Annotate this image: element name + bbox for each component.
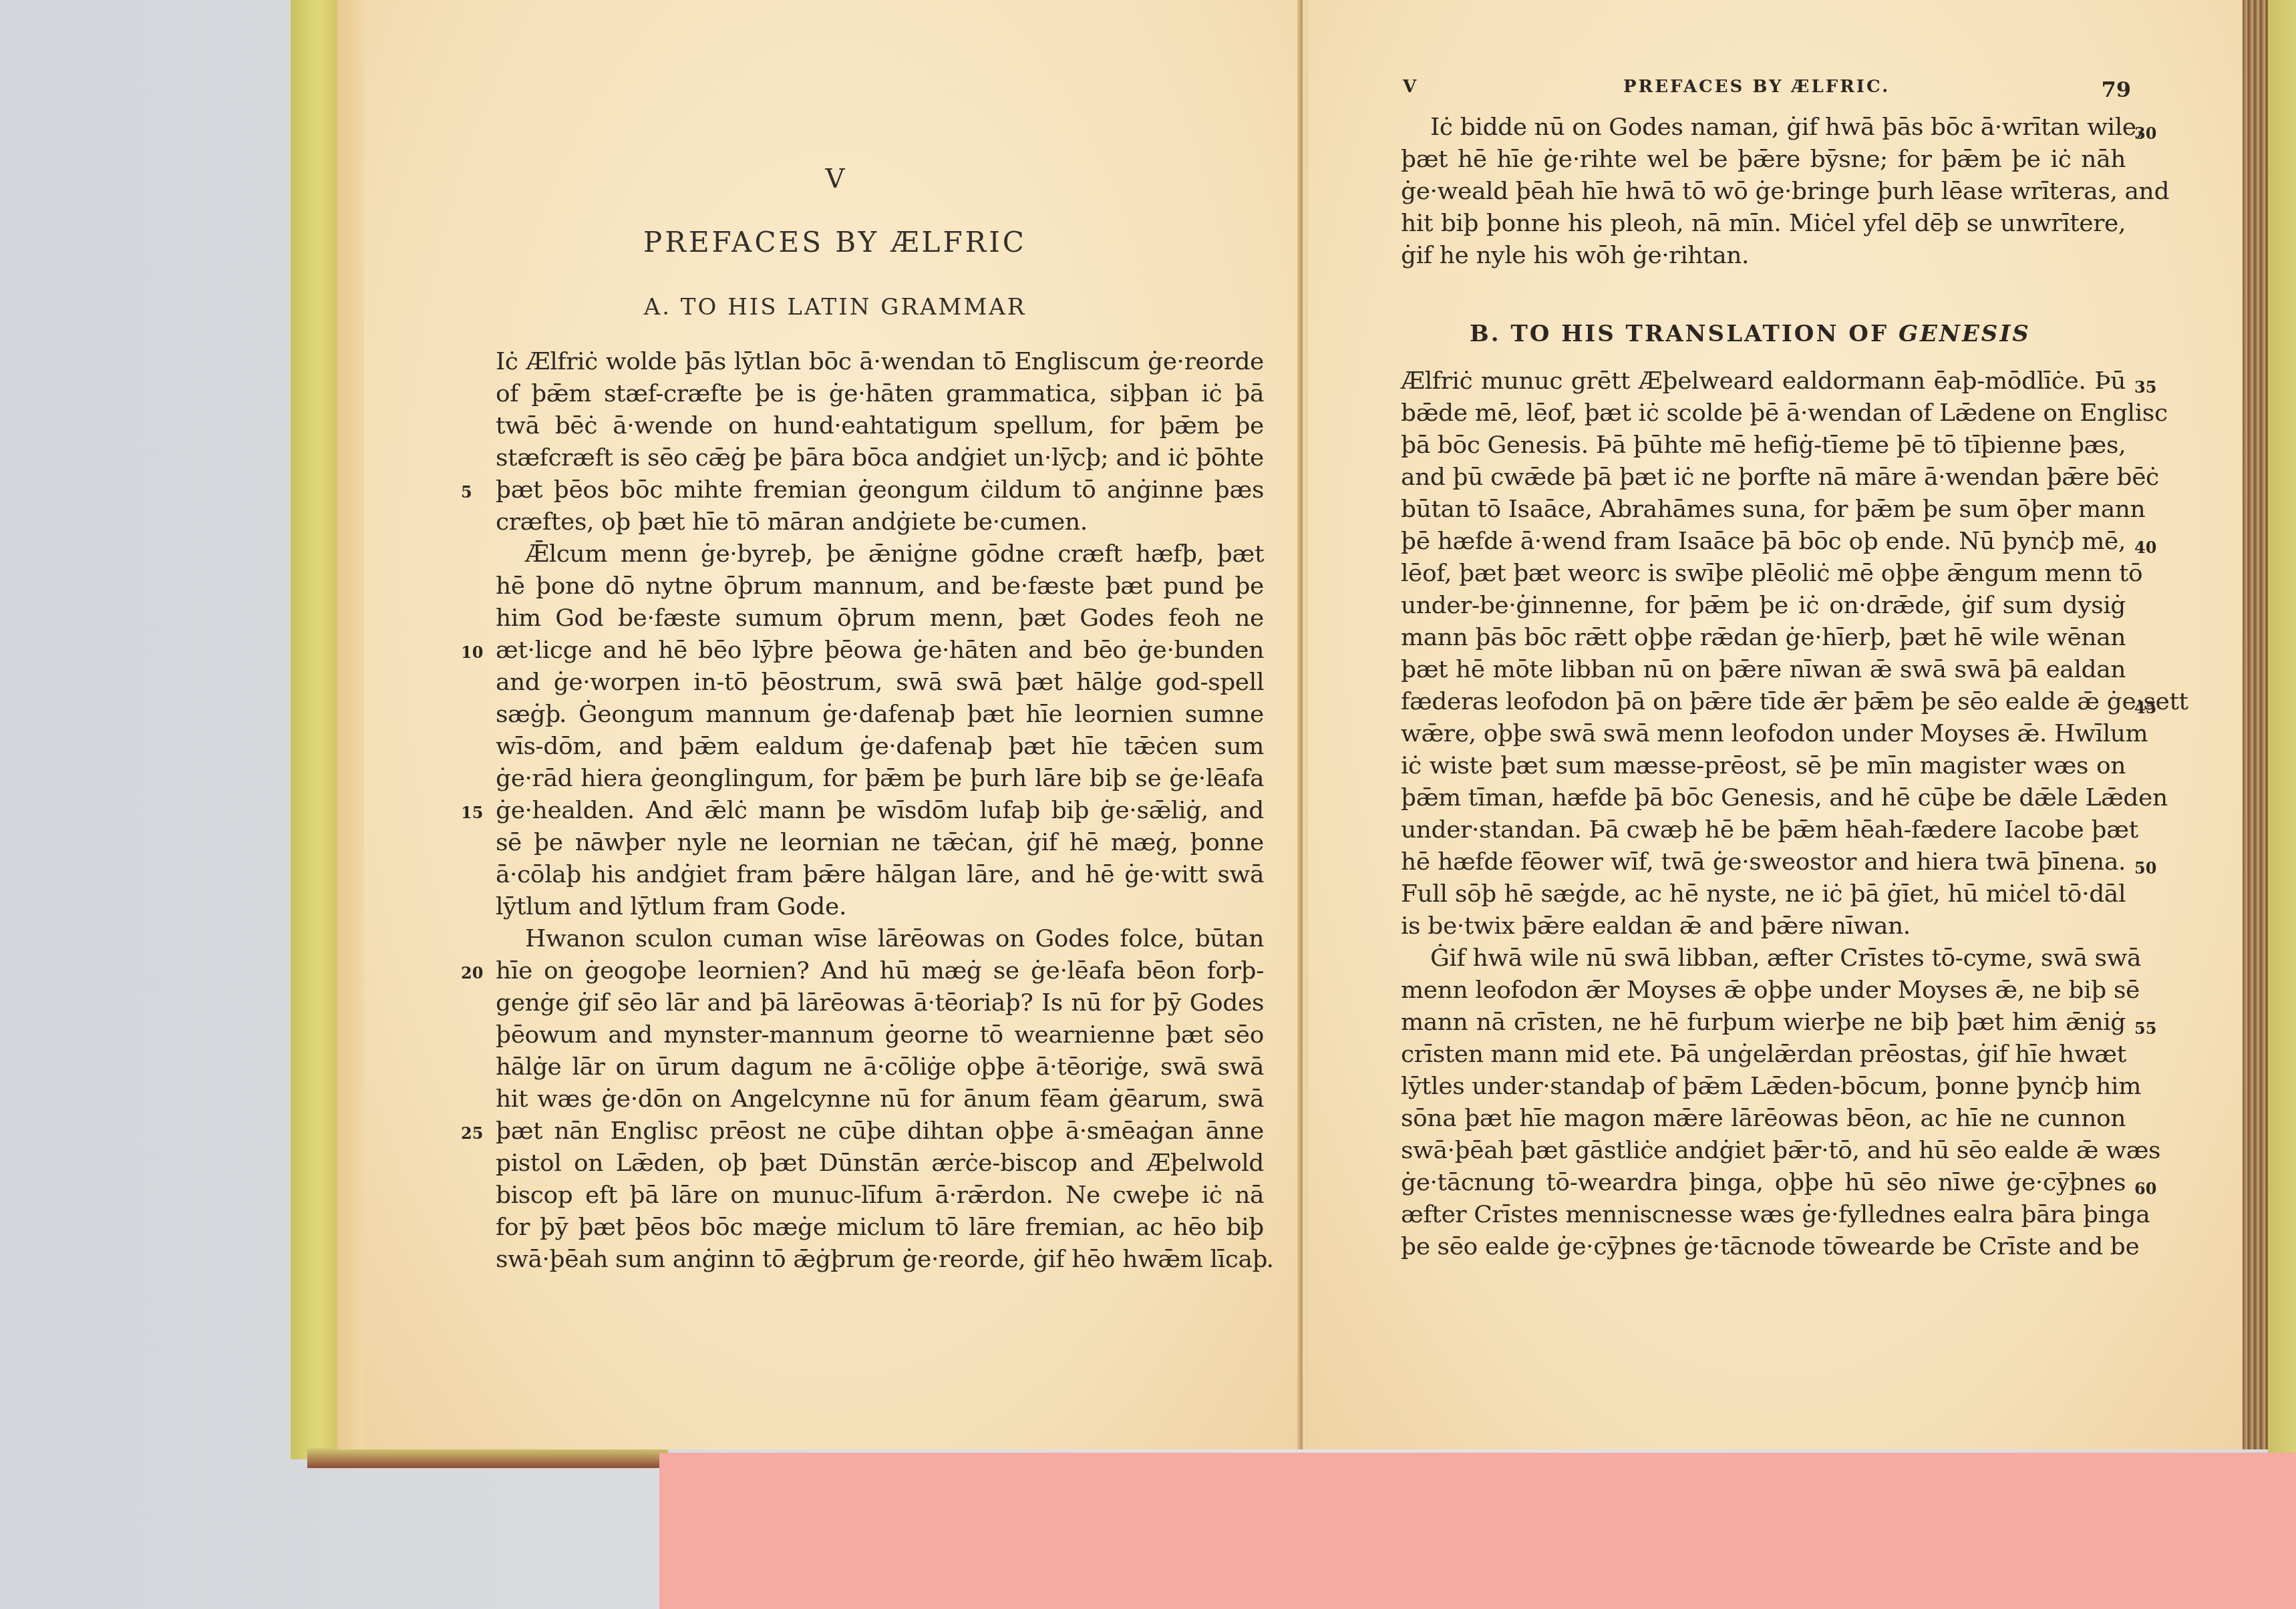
- left-page-body: Iċ Ælfriċ wolde þās lȳtlan bōc ā·wendan …: [496, 346, 1264, 1276]
- chapter-title: PREFACES BY ÆLFRIC: [601, 226, 1069, 258]
- text-line: þæt hē mōte libban nū on þǣre nīwan ǣ sw…: [1401, 654, 2126, 686]
- line-number: 35: [2134, 377, 2156, 397]
- text-line: þēowum and mynster-mannum ġeorne tō wear…: [496, 1019, 1264, 1051]
- text-line: hē hæfde fēower wīf, twā ġe·sweostor and…: [1401, 846, 2126, 878]
- text-line: of þǣm stæf-cræfte þe is ġe·hāten gramma…: [496, 378, 1264, 410]
- text-line: swā·þēah sum anġinn tō ǣġþrum ġe·reorde,…: [496, 1244, 1264, 1276]
- text-line: fæderas leofodon þā on þǣre tīde ǣr þǣm …: [1401, 686, 2126, 718]
- line-number: 45: [2134, 698, 2156, 717]
- line-number: 20: [461, 963, 483, 982]
- running-head-chapter: V: [1403, 77, 1416, 97]
- text-line: sōna þæt hīe magon mǣre lārēowas bēon, a…: [1401, 1103, 2126, 1135]
- text-line: Ælfriċ munuc grētt Æþelweard ealdormann …: [1401, 365, 2126, 397]
- text-line: Hwanon sculon cuman wīse lārēowas on God…: [496, 923, 1264, 955]
- page-number: 79: [2101, 77, 2131, 102]
- section-title-b: B. TO HIS TRANSLATION OF GENESIS: [1470, 321, 2071, 347]
- text-line: genġe ġif sēo lār and þā lārēowas ā·tēor…: [496, 987, 1264, 1019]
- section-title-a: A. TO HIS LATIN GRAMMAR: [534, 294, 1136, 321]
- text-line: mann þās bōc rǣtt oþþe rǣdan ġe·hīerþ, þ…: [1401, 622, 2126, 654]
- line-number: 25: [461, 1123, 483, 1143]
- page-stack-right: [2243, 0, 2268, 1449]
- text-line: him God be·fæste sumum ōþrum menn, þæt G…: [496, 602, 1264, 635]
- chapter-number: V: [768, 164, 902, 194]
- text-line: æfter Crīstes menniscnesse wæs ġe·fylled…: [1401, 1199, 2126, 1231]
- text-line: ġe·healden. And ǣlċ mann þe wīsdōm lufaþ…: [496, 795, 1264, 827]
- text-line: is be·twix þǣre ealdan ǣ and þǣre nīwan.: [1401, 910, 2126, 942]
- text-line: Full sōþ hē sæġde, ac hē nyste, ne iċ þā…: [1401, 878, 2126, 910]
- text-line: pistol on Lǣden, oþ þæt Dūnstān ærċe-bis…: [496, 1147, 1264, 1180]
- text-line: þǣm tīman, hæfde þā bōc Genesis, and hē …: [1401, 782, 2126, 814]
- text-line: for þȳ þæt þēos bōc mæġe miclum tō lāre …: [496, 1212, 1264, 1244]
- page-stack-left: [337, 0, 364, 1449]
- text-line: lȳtles under·standaþ of þǣm Lǣden-bōcum,…: [1401, 1071, 2126, 1103]
- text-line: crīsten mann mid ete. Þā unġelǣrdan prēo…: [1401, 1039, 2126, 1071]
- right-page-body-top: Iċ bidde nū on Godes naman, ġif hwā þās …: [1401, 112, 2126, 272]
- text-line: būtan tō Isaāce, Abrahāmes suna, for þǣm…: [1401, 494, 2126, 526]
- text-line: swā·þēah þæt gāstliċe andġiet þǣr·tō, an…: [1401, 1135, 2126, 1167]
- running-head: V PREFACES BY ÆLFRIC. 79: [1403, 77, 2131, 104]
- book-cover-bottom-edge: [307, 1448, 668, 1468]
- text-line: hit biþ þonne his pleoh, nā mīn. Miċel y…: [1401, 208, 2126, 240]
- line-number: 60: [2134, 1179, 2156, 1198]
- book-cover-left-edge: [291, 0, 337, 1459]
- text-line: þē hæfde ā·wend fram Isaāce þā bōc oþ en…: [1401, 526, 2126, 558]
- text-line: under·standan. Þā cwæþ hē be þǣm hēah-fæ…: [1401, 814, 2126, 846]
- text-line: under-be·ġinnenne, for þǣm þe iċ on·drǣd…: [1401, 590, 2126, 622]
- text-line: iċ wiste þæt sum mæsse-prēost, sē þe mīn…: [1401, 750, 2126, 782]
- text-line: wǣre, oþþe swā swā menn leofodon under M…: [1401, 718, 2126, 750]
- text-line: cræftes, oþ þæt hīe tō māran andġiete be…: [496, 506, 1264, 538]
- text-line: lēof, þæt þæt weorc is swīþe plēoliċ mē …: [1401, 558, 2126, 590]
- line-number: 5: [461, 482, 472, 502]
- text-line: hit wæs ġe·dōn on Angelcynne nū for ānum…: [496, 1083, 1264, 1115]
- text-line: ġe·rād hiera ġeonglingum, for þǣm þe þur…: [496, 763, 1264, 795]
- right-page-body-bottom: Ælfriċ munuc grētt Æþelweard ealdormann …: [1401, 365, 2126, 1263]
- text-line: hālġe lār on ūrum dagum ne ā·cōliġe oþþe…: [496, 1051, 1264, 1083]
- text-line: stæfcræft is sēo cǣġ þe þāra bōca andġie…: [496, 442, 1264, 474]
- text-line: wīs-dōm, and þǣm ealdum ġe·dafenaþ þæt h…: [496, 731, 1264, 763]
- text-line: Iċ Ælfriċ wolde þās lȳtlan bōc ā·wendan …: [496, 346, 1264, 378]
- text-line: biscop eft þā lāre on munuc-līfum ā·rǣrd…: [496, 1180, 1264, 1212]
- text-line: menn leofodon ǣr Moyses ǣ oþþe under Moy…: [1401, 974, 2126, 1007]
- line-number: 10: [461, 643, 483, 662]
- text-line: Ġif hwā wile nū swā libban, æfter Crīste…: [1401, 942, 2126, 974]
- line-number: 15: [461, 803, 483, 822]
- text-line: þæt nān Englisc prēost ne cūþe dihtan oþ…: [496, 1115, 1264, 1147]
- line-number: 40: [2134, 538, 2156, 557]
- text-line: mann nā crīsten, ne hē furþum wierþe ne …: [1401, 1007, 2126, 1039]
- text-line: ġe·weald þēah hīe hwā tō wō ġe·bringe þu…: [1401, 176, 2126, 208]
- text-line: þe sēo ealde ġe·cȳþnes ġe·tācnode tōwear…: [1401, 1231, 2126, 1263]
- text-line: and þū cwǣde þā þæt iċ ne þorfte nā māre…: [1401, 462, 2126, 494]
- text-line: twā bēċ ā·wende on hund·eahtatigum spell…: [496, 410, 1264, 442]
- line-number: 50: [2134, 858, 2156, 878]
- section-title-b-italic: GENESIS: [1899, 321, 2031, 347]
- text-line: æt·licge and hē bēo lȳþre þēowa ġe·hāten…: [496, 635, 1264, 667]
- book-gutter: [1297, 0, 1308, 1449]
- text-line: þæt hē hīe ġe·rihte wel be þǣre bȳsne; f…: [1401, 144, 2126, 176]
- text-line: sæġþ. Ġeongum mannum ġe·dafenaþ þæt hīe …: [496, 699, 1264, 731]
- text-line: þæt þēos bōc mihte fremian ġeongum ċildu…: [496, 474, 1264, 506]
- section-title-b-text: B. TO HIS TRANSLATION OF: [1470, 321, 1899, 347]
- text-line: and ġe·worpen in-tō þēostrum, swā swā þæ…: [496, 667, 1264, 699]
- book-cover-right-edge: [2268, 0, 2296, 1453]
- text-line: Ǣlcum menn ġe·byreþ, þe ǣniġne gōdne cræ…: [496, 538, 1264, 570]
- text-line: bǣde mē, lēof, þæt iċ scolde þē ā·wendan…: [1401, 397, 2126, 429]
- text-line: lȳtlum and lȳtlum fram Gode.: [496, 891, 1264, 923]
- text-line: þā bōc Genesis. Þā þūhte mē hefiġ-tīeme …: [1401, 429, 2126, 462]
- text-line: ġif he nyle his wōh ġe·rihtan.: [1401, 240, 2126, 272]
- text-line: sē þe nāwþer nyle ne leornian ne tǣċan, …: [496, 827, 1264, 859]
- running-head-title: PREFACES BY ÆLFRIC.: [1623, 77, 1890, 97]
- text-line: Iċ bidde nū on Godes naman, ġif hwā þās …: [1401, 112, 2126, 144]
- text-line: hē þone dō nytne ōþrum mannum, and be·fæ…: [496, 570, 1264, 602]
- pink-sheet: [659, 1453, 2296, 1609]
- text-line: hīe on ġeogoþe leornien? And hū mæġ se ġ…: [496, 955, 1264, 987]
- text-line: ā·cōlaþ his andġiet fram þǣre hālgan lār…: [496, 859, 1264, 891]
- line-number: 55: [2134, 1019, 2156, 1038]
- line-number: 30: [2134, 124, 2156, 143]
- text-line: ġe·tācnung tō-weardra þinga, oþþe hū sēo…: [1401, 1167, 2126, 1199]
